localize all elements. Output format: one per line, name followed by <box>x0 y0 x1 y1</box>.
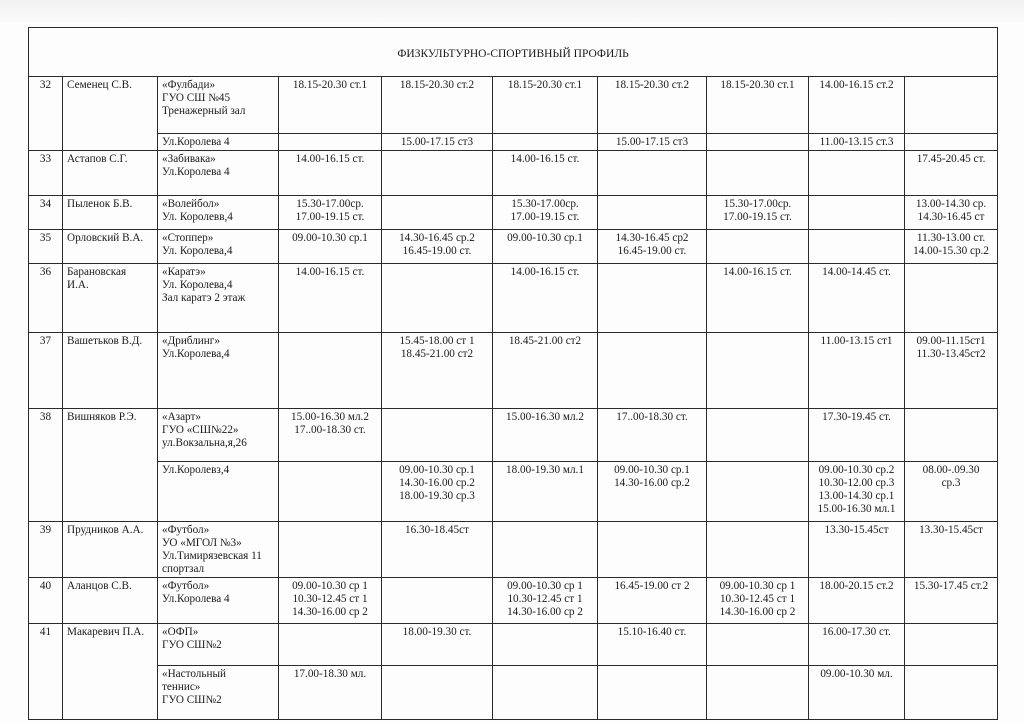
table-row: 36БарановскаяИ.А.«Каратэ»Ул. Королева,4З… <box>29 264 998 333</box>
section-place: «Азарт»ГУО «СШ№22»ул.Вокзальна,я,26 <box>158 409 279 462</box>
schedule-cell <box>382 666 493 720</box>
cell-text: 34 <box>33 198 58 211</box>
cell-text: 09.00-10.30 ср.1 <box>602 464 702 477</box>
cell-text: 09.00-10.30 ср 1 <box>497 580 593 593</box>
cell-text: 38 <box>33 411 58 424</box>
schedule-table: ФИЗКУЛЬТУРНО-СПОРТИВНЫЙ ПРОФИЛЬ 32Семене… <box>28 27 998 720</box>
cell-text: 09.00-10.30 ср.1 <box>283 232 377 245</box>
schedule-cell: 14.30-16.45 ср216.45-19.00 ст. <box>598 230 707 264</box>
cell-text: 14.30-16.00 ср.2 <box>386 477 488 490</box>
table-row: 34Пыленок Б.В.«Волейбол»Ул. Королевв,415… <box>29 196 998 230</box>
coach-name: Прудников А.А. <box>63 522 158 578</box>
schedule-cell <box>493 522 598 578</box>
coach-name: Астапов С.Г. <box>63 151 158 196</box>
table-row: 35Орловский В.А.«Стоппер»Ул. Королева,40… <box>29 230 998 264</box>
schedule-cell <box>905 624 998 666</box>
cell-text: 18.45-21.00 ст2 <box>386 348 488 361</box>
schedule-cell <box>279 134 382 151</box>
schedule-cell <box>493 134 598 151</box>
cell-text: 14.30-16.45 ст <box>909 211 993 224</box>
cell-text: 13.30-15.45ст <box>909 524 993 537</box>
schedule-cell: 14.00-16.15 ст. <box>707 264 809 333</box>
schedule-cell: 11.00-13.15 ст1 <box>809 333 905 409</box>
schedule-cell: 11.30-13.00 ст.14.00-15.30 ср.2 <box>905 230 998 264</box>
row-number: 39 <box>29 522 63 578</box>
table-row: Ул.Королевз,409.00-10.30 ср.114.30-16.00… <box>29 462 998 522</box>
cell-text: 15.00-16.30 мл.1 <box>813 503 900 516</box>
cell-text: 15.00-17.15 ст3 <box>602 136 702 149</box>
schedule-cell: 09.00-10.30 мл. <box>809 666 905 720</box>
schedule-cell: 14.00-14.45 ст. <box>809 264 905 333</box>
schedule-cell <box>707 230 809 264</box>
cell-text: «Настольный <box>162 668 274 681</box>
schedule-cell <box>598 666 707 720</box>
section-place: «Забивака»Ул.Королева 4 <box>158 151 279 196</box>
cell-text: 16.00-17.30 ст. <box>813 626 900 639</box>
cell-text: 11.00-13.15 ст.3 <box>813 136 900 149</box>
cell-text: 37 <box>33 335 58 348</box>
cell-text: 15.30-17.00ср. <box>497 198 593 211</box>
schedule-cell: 09.00-10.30 ср.1 <box>279 230 382 264</box>
schedule-cell <box>382 151 493 196</box>
section-place: «Стоппер»Ул. Королева,4 <box>158 230 279 264</box>
row-number: 34 <box>29 196 63 230</box>
coach-name: Пыленок Б.В. <box>63 196 158 230</box>
cell-text: УО «МГОЛ №3» <box>162 537 274 550</box>
schedule-cell <box>809 230 905 264</box>
cell-text: 17.00-19.15 ст. <box>497 211 593 224</box>
cell-text: 18.15-20.30 ст.1 <box>711 79 804 92</box>
cell-text: 10.30-12.45 ст 1 <box>497 593 593 606</box>
cell-text: Вашетьков В.Д. <box>67 335 153 348</box>
cell-text: 36 <box>33 266 58 279</box>
cell-text: 14.00-16.15 ст. <box>283 153 377 166</box>
schedule-cell: 14.00-16.15 ст. <box>493 151 598 196</box>
row-number: 40 <box>29 578 63 624</box>
schedule-cell: 15.00-16.30 мл.217..00-18.30 ст. <box>279 409 382 462</box>
schedule-cell <box>809 151 905 196</box>
schedule-cell <box>707 624 809 666</box>
schedule-cell: 15.30-17.00ср.17.00-19.15 ст. <box>493 196 598 230</box>
cell-text: «Волейбол» <box>162 198 274 211</box>
cell-text: 17.00-19.15 ст. <box>711 211 804 224</box>
cell-text: 11.30-13.00 ст. <box>909 232 993 245</box>
cell-text: Ул.Королева,4 <box>162 348 274 361</box>
schedule-cell <box>905 264 998 333</box>
cell-text: 13.30-15.45ст <box>813 524 900 537</box>
schedule-cell: 14.00-16.15 ст.2 <box>809 77 905 134</box>
section-place: «Дриблинг»Ул.Королева,4 <box>158 333 279 409</box>
table-row: 38Вишняков Р.Э.«Азарт»ГУО «СШ№22»ул.Вокз… <box>29 409 998 462</box>
cell-text: 18.00-19.30 ср.3 <box>386 490 488 503</box>
schedule-cell: 15.30-17.45 ст.2 <box>905 578 998 624</box>
cell-text: ул.Вокзальна,я,26 <box>162 437 274 450</box>
row-number: 33 <box>29 151 63 196</box>
cell-text: 18.15-20.30 ст.1 <box>497 79 593 92</box>
cell-text: 14.00-16.15 ст. <box>497 153 593 166</box>
cell-text: Барановская <box>67 266 153 279</box>
cell-text: 09.00-11.15ст1 <box>909 335 993 348</box>
schedule-cell: 15.45-18.00 ст 118.45-21.00 ст2 <box>382 333 493 409</box>
cell-text: 17.00-19.15 ст. <box>283 211 377 224</box>
schedule-cell: 14.00-16.15 ст. <box>279 264 382 333</box>
cell-text: 32 <box>33 79 58 92</box>
cell-text: 14.00-16.15 ст. <box>497 266 593 279</box>
cell-text: Прудников А.А. <box>67 524 153 537</box>
row-number: 32 <box>29 77 63 151</box>
cell-text: Тренажерный зал <box>162 105 274 118</box>
schedule-cell: 18.15-20.30 ст.2 <box>382 77 493 134</box>
table-row: 33Астапов С.Г.«Забивака»Ул.Королева 414.… <box>29 151 998 196</box>
cell-text: теннис» <box>162 681 274 694</box>
section-place: Ул.Королевз,4 <box>158 462 279 522</box>
cell-text: 18.45-21.00 ст2 <box>497 335 593 348</box>
page-title: ФИЗКУЛЬТУРНО-СПОРТИВНЫЙ ПРОФИЛЬ <box>29 28 998 77</box>
coach-name: БарановскаяИ.А. <box>63 264 158 333</box>
coach-name: Семенец С.В. <box>63 77 158 151</box>
cell-text: 15.00-16.30 мл.2 <box>283 411 377 424</box>
cell-text: «Азарт» <box>162 411 274 424</box>
cell-text: 15.45-18.00 ст 1 <box>386 335 488 348</box>
schedule-cell <box>279 624 382 666</box>
cell-text: 14.30-16.00 ср 2 <box>283 606 377 619</box>
cell-text: 18.00-19.30 ст. <box>386 626 488 639</box>
schedule-cell <box>905 409 998 462</box>
cell-text: Вишняков Р.Э. <box>67 411 153 424</box>
cell-text: 33 <box>33 153 58 166</box>
cell-text: Ул.Королевз,4 <box>162 464 274 477</box>
schedule-cell: 09.00-11.15ст111.30-13.45ст2 <box>905 333 998 409</box>
schedule-cell: 14.00-16.15 ст. <box>279 151 382 196</box>
schedule-cell: 18.15-20.30 ст.1 <box>279 77 382 134</box>
cell-text: «Дриблинг» <box>162 335 274 348</box>
schedule-cell: 15.30-17.00ср.17.00-19.15 ст. <box>707 196 809 230</box>
cell-text: 40 <box>33 580 58 593</box>
cell-text: 14.00-14.45 ст. <box>813 266 900 279</box>
schedule-cell <box>598 151 707 196</box>
schedule-cell: 15.00-17.15 ст3 <box>598 134 707 151</box>
cell-text: 13.00-14.30 ср.1 <box>813 490 900 503</box>
cell-text: «Каратэ» <box>162 266 274 279</box>
cell-text: 17..00-18.30 ст. <box>602 411 702 424</box>
schedule-cell: 08.00-.09.30ср.3 <box>905 462 998 522</box>
cell-text: 14.30-16.45 ср.2 <box>386 232 488 245</box>
schedule-cell <box>905 134 998 151</box>
cell-text: Семенец С.В. <box>67 79 153 92</box>
schedule-cell <box>707 666 809 720</box>
coach-name: Аланцов С.В. <box>63 578 158 624</box>
schedule-cell: 18.15-20.30 ст.1 <box>493 77 598 134</box>
table-row: 39Прудников А.А.«Футбол»УО «МГОЛ №3»Ул.Т… <box>29 522 998 578</box>
section-place: «Настольныйтеннис»ГУО СШ№2 <box>158 666 279 720</box>
cell-text: Орловский В.А. <box>67 232 153 245</box>
cell-text: 14.00-16.15 ст.2 <box>813 79 900 92</box>
section-place: Ул.Королева 4 <box>158 134 279 151</box>
schedule-cell <box>905 666 998 720</box>
cell-text: «Фулбади» <box>162 79 274 92</box>
cell-text: ГУО «СШ№22» <box>162 424 274 437</box>
schedule-cell: 09.00-10.30 ср.1 <box>493 230 598 264</box>
cell-text: 14.30-16.00 ср 2 <box>711 606 804 619</box>
schedule-cell: 09.00-10.30 ср.114.30-16.00 ср.218.00-19… <box>382 462 493 522</box>
cell-text: 18.15-20.30 ст.2 <box>386 79 488 92</box>
schedule-cell <box>598 522 707 578</box>
cell-text: 16.30-18.45ст <box>386 524 488 537</box>
table-row: 41Макаревич П.А.«ОФП»ГУО СШ№218.00-19.30… <box>29 624 998 666</box>
table-row: 40Аланцов С.В.«Футбол»Ул.Королева 409.00… <box>29 578 998 624</box>
cell-text: 09.00-10.30 мл. <box>813 668 900 681</box>
schedule-cell <box>279 333 382 409</box>
cell-text: Макаревич П.А. <box>67 626 153 639</box>
cell-text: 15.10-16.40 ст. <box>602 626 702 639</box>
schedule-cell: 15.10-16.40 ст. <box>598 624 707 666</box>
table-row: 32Семенец С.В.«Фулбади»ГУО СШ №45Тренаже… <box>29 77 998 134</box>
schedule-cell: 15.30-17.00ср.17.00-19.15 ст. <box>279 196 382 230</box>
cell-text: 15.00-16.30 мл.2 <box>497 411 593 424</box>
schedule-cell <box>279 522 382 578</box>
cell-text: 09.00-10.30 ср.1 <box>386 464 488 477</box>
schedule-cell <box>905 77 998 134</box>
schedule-cell: 15.00-16.30 мл.2 <box>493 409 598 462</box>
schedule-cell <box>493 666 598 720</box>
schedule-cell: 17.00-18.30 мл. <box>279 666 382 720</box>
section-place: «Футбол»УО «МГОЛ №3»Ул.Тимирязевская 11с… <box>158 522 279 578</box>
schedule-cell <box>707 462 809 522</box>
schedule-cell <box>598 264 707 333</box>
coach-name: Вишняков Р.Э. <box>63 409 158 522</box>
schedule-cell: 14.30-16.45 ср.216.45-19.00 ст. <box>382 230 493 264</box>
cell-text: «Забивака» <box>162 153 274 166</box>
cell-text: 14.00-16.15 ст. <box>283 266 377 279</box>
cell-text: 35 <box>33 232 58 245</box>
cell-text: 13.00-14.30 ср. <box>909 198 993 211</box>
schedule-cell: 09.00-10.30 ср 110.30-12.45 ст 114.30-16… <box>707 578 809 624</box>
schedule-cell <box>598 333 707 409</box>
scan-edge <box>0 0 1024 22</box>
cell-text: 10.30-12.45 ст 1 <box>283 593 377 606</box>
cell-text: 15.30-17.45 ст.2 <box>909 580 993 593</box>
cell-text: 11.00-13.15 ст1 <box>813 335 900 348</box>
cell-text: 41 <box>33 626 58 639</box>
schedule-cell: 16.00-17.30 ст. <box>809 624 905 666</box>
cell-text: Зал каратэ 2 этаж <box>162 292 274 305</box>
cell-text: 14.30-16.00 ср 2 <box>497 606 593 619</box>
cell-text: 18.00-19.30 мл.1 <box>497 464 593 477</box>
table-row: «Настольныйтеннис»ГУО СШ№217.00-18.30 мл… <box>29 666 998 720</box>
schedule-cell <box>707 333 809 409</box>
schedule-cell: 09.00-10.30 ср.114.30-16.00 ср.2 <box>598 462 707 522</box>
cell-text: Пыленок Б.В. <box>67 198 153 211</box>
cell-text: Ул.Королева 4 <box>162 166 274 179</box>
cell-text: 14.30-16.00 ср.2 <box>602 477 702 490</box>
schedule-cell <box>707 409 809 462</box>
cell-text: ср.3 <box>909 477 993 490</box>
cell-text: 14.00-16.15 ст. <box>711 266 804 279</box>
cell-text: 18.00-20.15 ст.2 <box>813 580 900 593</box>
schedule-cell <box>493 624 598 666</box>
cell-text: Ул.Королева 4 <box>162 136 274 149</box>
table-row: Ул.Королева 415.00-17.15 ст315.00-17.15 … <box>29 134 998 151</box>
cell-text: «Футбол» <box>162 524 274 537</box>
schedule-cell <box>707 522 809 578</box>
schedule-cell <box>382 196 493 230</box>
cell-text: 14.30-16.45 ср2 <box>602 232 702 245</box>
cell-text: 18.15-20.30 ст.2 <box>602 79 702 92</box>
schedule-cell: 13.00-14.30 ср.14.30-16.45 ст <box>905 196 998 230</box>
schedule-cell <box>382 264 493 333</box>
schedule-cell: 16.30-18.45ст <box>382 522 493 578</box>
schedule-cell: 15.00-17.15 ст3 <box>382 134 493 151</box>
schedule-cell: 18.00-20.15 ст.2 <box>809 578 905 624</box>
schedule-cell: 17.30-19.45 ст. <box>809 409 905 462</box>
schedule-cell: 18.00-19.30 мл.1 <box>493 462 598 522</box>
row-number: 41 <box>29 624 63 720</box>
cell-text: ГУО СШ №45 <box>162 92 274 105</box>
schedule-cell <box>598 196 707 230</box>
coach-name: Вашетьков В.Д. <box>63 333 158 409</box>
cell-text: 11.30-13.45ст2 <box>909 348 993 361</box>
schedule-cell: 13.30-15.45ст <box>809 522 905 578</box>
cell-text: 08.00-.09.30 <box>909 464 993 477</box>
schedule-cell: 09.00-10.30 ср 110.30-12.45 ст 114.30-16… <box>279 578 382 624</box>
schedule-cell: 14.00-16.15 ст. <box>493 264 598 333</box>
schedule-cell: 13.30-15.45ст <box>905 522 998 578</box>
cell-text: 16.45-19.00 ст. <box>386 245 488 258</box>
cell-text: Астапов С.Г. <box>67 153 153 166</box>
row-number: 36 <box>29 264 63 333</box>
cell-text: 17..00-18.30 ст. <box>283 424 377 437</box>
schedule-cell: 17..00-18.30 ст. <box>598 409 707 462</box>
schedule-cell <box>809 196 905 230</box>
row-number: 35 <box>29 230 63 264</box>
schedule-cell: 18.15-20.30 ст.1 <box>707 77 809 134</box>
cell-text: Ул. Королева,4 <box>162 245 274 258</box>
schedule-cell: 18.00-19.30 ст. <box>382 624 493 666</box>
cell-text: И.А. <box>67 279 153 292</box>
cell-text: 10.30-12.00 ср.3 <box>813 477 900 490</box>
cell-text: Ул. Королевв,4 <box>162 211 274 224</box>
title-row: ФИЗКУЛЬТУРНО-СПОРТИВНЫЙ ПРОФИЛЬ <box>29 28 998 77</box>
cell-text: ГУО СШ№2 <box>162 694 274 707</box>
cell-text: Ул.Королева 4 <box>162 593 274 606</box>
cell-text: «ОФП» <box>162 626 274 639</box>
cell-text: 09.00-10.30 ср.1 <box>497 232 593 245</box>
schedule-cell <box>707 151 809 196</box>
cell-text: 39 <box>33 524 58 537</box>
cell-text: 17.30-19.45 ст. <box>813 411 900 424</box>
cell-text: 10.30-12.45 ст 1 <box>711 593 804 606</box>
cell-text: 18.15-20.30 ст.1 <box>283 79 377 92</box>
cell-text: 15.30-17.00ср. <box>711 198 804 211</box>
section-place: «ОФП»ГУО СШ№2 <box>158 624 279 666</box>
schedule-cell <box>382 578 493 624</box>
schedule-cell <box>279 462 382 522</box>
section-place: «Волейбол»Ул. Королевв,4 <box>158 196 279 230</box>
cell-text: 17.45-20.45 ст. <box>909 153 993 166</box>
section-place: «Фулбади»ГУО СШ №45Тренажерный зал <box>158 77 279 134</box>
cell-text: Ул.Тимирязевская 11 <box>162 550 274 563</box>
schedule-cell <box>382 409 493 462</box>
schedule-cell: 09.00-10.30 ср.210.30-12.00 ср.313.00-14… <box>809 462 905 522</box>
cell-text: «Стоппер» <box>162 232 274 245</box>
cell-text: 09.00-10.30 ср 1 <box>711 580 804 593</box>
coach-name: Орловский В.А. <box>63 230 158 264</box>
schedule-cell: 18.45-21.00 ст2 <box>493 333 598 409</box>
section-place: «Футбол»Ул.Королева 4 <box>158 578 279 624</box>
cell-text: 17.00-18.30 мл. <box>283 668 377 681</box>
section-place: «Каратэ»Ул. Королева,4Зал каратэ 2 этаж <box>158 264 279 333</box>
schedule-cell: 18.15-20.30 ст.2 <box>598 77 707 134</box>
cell-text: 09.00-10.30 ср.2 <box>813 464 900 477</box>
cell-text: 16.45-19.00 ст 2 <box>602 580 702 593</box>
cell-text: 09.00-10.30 ср 1 <box>283 580 377 593</box>
coach-name: Макаревич П.А. <box>63 624 158 720</box>
cell-text: спортзал <box>162 563 274 576</box>
cell-text: «Футбол» <box>162 580 274 593</box>
cell-text: 14.00-15.30 ср.2 <box>909 245 993 258</box>
schedule-cell: 11.00-13.15 ст.3 <box>809 134 905 151</box>
cell-text: Аланцов С.В. <box>67 580 153 593</box>
row-number: 37 <box>29 333 63 409</box>
cell-text: 16.45-19.00 ст. <box>602 245 702 258</box>
row-number: 38 <box>29 409 63 522</box>
schedule-cell <box>707 134 809 151</box>
schedule-cell: 09.00-10.30 ср 110.30-12.45 ст 114.30-16… <box>493 578 598 624</box>
cell-text: ГУО СШ№2 <box>162 639 274 652</box>
schedule-cell: 17.45-20.45 ст. <box>905 151 998 196</box>
schedule-cell: 16.45-19.00 ст 2 <box>598 578 707 624</box>
cell-text: Ул. Королева,4 <box>162 279 274 292</box>
cell-text: 15.00-17.15 ст3 <box>386 136 488 149</box>
table-row: 37Вашетьков В.Д.«Дриблинг»Ул.Королева,41… <box>29 333 998 409</box>
cell-text: 15.30-17.00ср. <box>283 198 377 211</box>
